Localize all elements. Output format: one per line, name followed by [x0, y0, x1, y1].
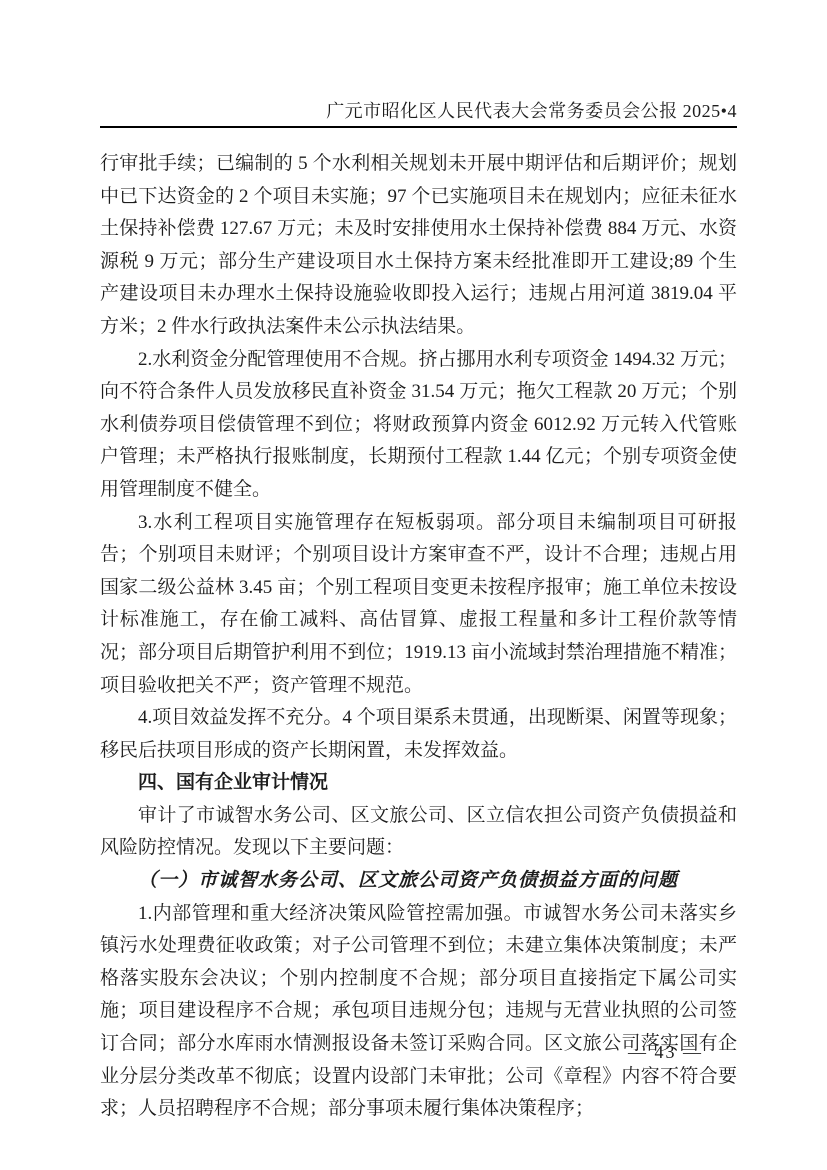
page-number: — 43 —: [100, 1042, 737, 1063]
running-head-title: 广元市昭化区人民代表大会常务委员会公报 2025•4: [100, 97, 737, 123]
paragraph-continuation-water-approvals: 行审批手续；已编制的 5 个水利相关规划未开展中期评估和后期评价；规划中已下达资…: [100, 148, 737, 344]
bulletin-page: 广元市昭化区人民代表大会常务委员会公报 2025•4 行审批手续；已编制的 5 …: [0, 0, 827, 1170]
paragraph-2-water-funds: 2.水利资金分配管理使用不合规。挤占挪用水利专项资金 1494.32 万元；向不…: [100, 344, 737, 507]
document-body: 行审批手续；已编制的 5 个水利相关规划未开展中期评估和后期评价；规划中已下达资…: [100, 148, 737, 1126]
paragraph-4-project-benefits: 4.项目效益发挥不充分。4 个项目渠系未贯通，出现断渠、闲置等现象；移民后扶项目…: [100, 702, 737, 767]
section-heading-soe-audit: 四、国有企业审计情况: [100, 767, 737, 800]
paragraph-1-internal-management: 1.内部管理和重大经济决策风险管控需加强。市诚智水务公司未落实乡镇污水处理费征收…: [100, 898, 737, 1126]
header-rule-divider: [100, 126, 737, 128]
paragraph-audit-scope: 审计了市诚智水务公司、区文旅公司、区立信农担公司资产负债损益和风险防控情况。发现…: [100, 800, 737, 865]
sub-heading-company-issues: （一）市诚智水务公司、区文旅公司资产负债损益方面的问题: [100, 865, 737, 898]
paragraph-3-project-implementation: 3.水利工程项目实施管理存在短板弱项。部分项目未编制项目可研报告；个别项目未财评…: [100, 507, 737, 703]
